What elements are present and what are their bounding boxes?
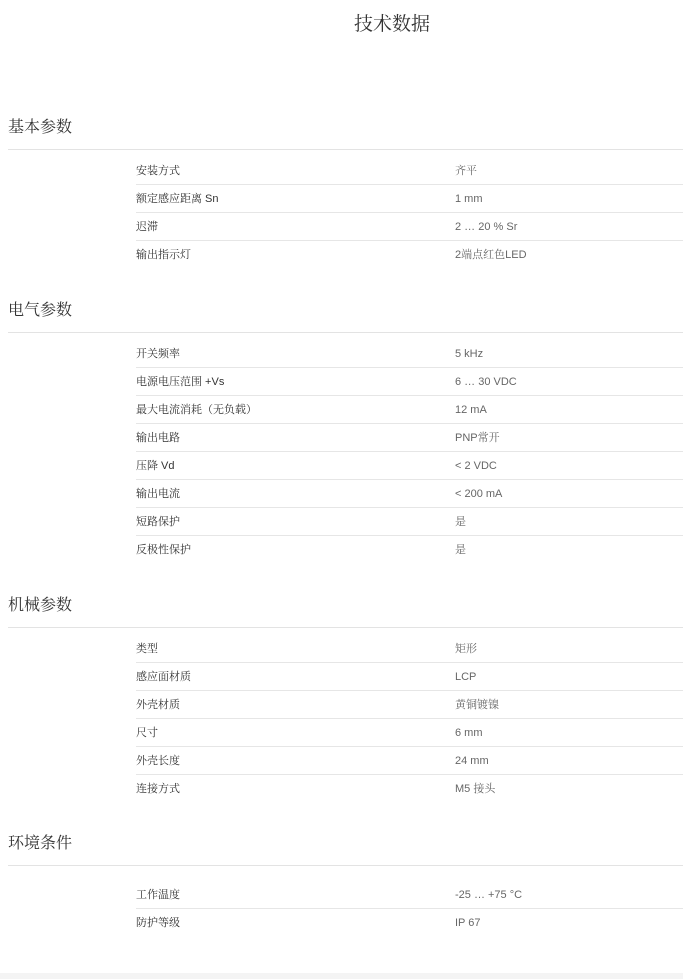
spec-label: 短路保护 <box>136 515 180 529</box>
spec-label: 最大电流消耗（无负载） <box>136 403 257 417</box>
spec-row: 外壳长度 24 mm <box>136 747 683 775</box>
spec-value: < 200 mA <box>455 487 502 501</box>
spec-value: 矩形 <box>455 642 477 656</box>
spec-row: 反极性保护 是 <box>136 536 683 564</box>
spec-value: 黄铜镀镍 <box>455 698 499 712</box>
section-title: 环境条件 <box>8 833 72 855</box>
spec-value: -25 … +75 °C <box>455 888 522 902</box>
spec-value: 齐平 <box>455 164 477 178</box>
spec-row: 安装方式 齐平 <box>136 157 683 185</box>
spec-row: 迟滞 2 … 20 % Sr <box>136 213 683 241</box>
spec-label: 防护等级 <box>136 916 180 930</box>
spec-label: 感应面材质 <box>136 670 191 684</box>
section-title: 基本参数 <box>8 117 72 139</box>
spec-row: 感应面材质 LCP <box>136 663 683 691</box>
spec-row: 最大电流消耗（无负载） 12 mA <box>136 396 683 424</box>
section-title: 电气参数 <box>8 300 72 322</box>
spec-label: 输出电路 <box>136 431 180 445</box>
footer-band <box>0 973 683 979</box>
section-divider <box>8 149 683 150</box>
spec-row: 开关频率 5 kHz <box>136 340 683 368</box>
spec-label: 开关频率 <box>136 347 180 361</box>
spec-row: 短路保护 是 <box>136 508 683 536</box>
spec-row: 电源电压范围 +Vs 6 … 30 VDC <box>136 368 683 396</box>
spec-row: 尺寸 6 mm <box>136 719 683 747</box>
spec-value: 1 mm <box>455 192 483 206</box>
spec-row: 压降 Vd < 2 VDC <box>136 452 683 480</box>
spec-table: 开关频率 5 kHz 电源电压范围 +Vs 6 … 30 VDC 最大电流消耗（… <box>136 340 683 564</box>
spec-row: 连接方式 M5 接头 <box>136 775 683 803</box>
spec-value: 6 … 30 VDC <box>455 375 517 389</box>
spec-value: 是 <box>455 543 466 557</box>
spec-label: 反极性保护 <box>136 543 191 557</box>
spec-value: 是 <box>455 515 466 529</box>
spec-table: 类型 矩形 感应面材质 LCP 外壳材质 黄铜镀镍 尺寸 6 mm 外壳长度 2… <box>136 635 683 803</box>
spec-row: 外壳材质 黄铜镀镍 <box>136 691 683 719</box>
spec-value: 2端点红色LED <box>455 248 527 262</box>
spec-label: 连接方式 <box>136 782 180 796</box>
spec-row: 输出指示灯 2端点红色LED <box>136 241 683 269</box>
spec-row: 防护等级 IP 67 <box>136 909 683 937</box>
spec-label: 尺寸 <box>136 726 158 740</box>
section-divider <box>8 865 683 866</box>
spec-label: 外壳长度 <box>136 754 180 768</box>
spec-value: 12 mA <box>455 403 487 417</box>
spec-value: 5 kHz <box>455 347 483 361</box>
spec-row: 类型 矩形 <box>136 635 683 663</box>
spec-label: 类型 <box>136 642 158 656</box>
spec-label: 工作温度 <box>136 888 180 902</box>
spec-row: 额定感应距离 Sn 1 mm <box>136 185 683 213</box>
spec-value: 24 mm <box>455 754 489 768</box>
spec-table: 工作温度 -25 … +75 °C 防护等级 IP 67 <box>136 881 683 937</box>
spec-label: 安装方式 <box>136 164 180 178</box>
spec-label: 迟滞 <box>136 220 158 234</box>
spec-label: 额定感应距离 Sn <box>136 192 219 206</box>
spec-row: 输出电路 PNP常开 <box>136 424 683 452</box>
spec-label: 电源电压范围 +Vs <box>136 375 224 389</box>
section-divider <box>8 627 683 628</box>
spec-value: 2 … 20 % Sr <box>455 220 517 234</box>
section-divider <box>8 332 683 333</box>
spec-label: 输出电流 <box>136 487 180 501</box>
spec-label: 外壳材质 <box>136 698 180 712</box>
section-title: 机械参数 <box>8 595 72 617</box>
spec-value: 6 mm <box>455 726 483 740</box>
spec-row: 工作温度 -25 … +75 °C <box>136 881 683 909</box>
spec-value: < 2 VDC <box>455 459 497 473</box>
spec-value: PNP常开 <box>455 431 500 445</box>
spec-value: IP 67 <box>455 916 481 930</box>
page-title: 技术数据 <box>0 12 683 38</box>
spec-value: LCP <box>455 670 476 684</box>
spec-label: 输出指示灯 <box>136 248 191 262</box>
spec-label: 压降 Vd <box>136 459 175 473</box>
spec-table: 安装方式 齐平 额定感应距离 Sn 1 mm 迟滞 2 … 20 % Sr 输出… <box>136 157 683 269</box>
spec-row: 输出电流 < 200 mA <box>136 480 683 508</box>
spec-value: M5 接头 <box>455 782 495 796</box>
